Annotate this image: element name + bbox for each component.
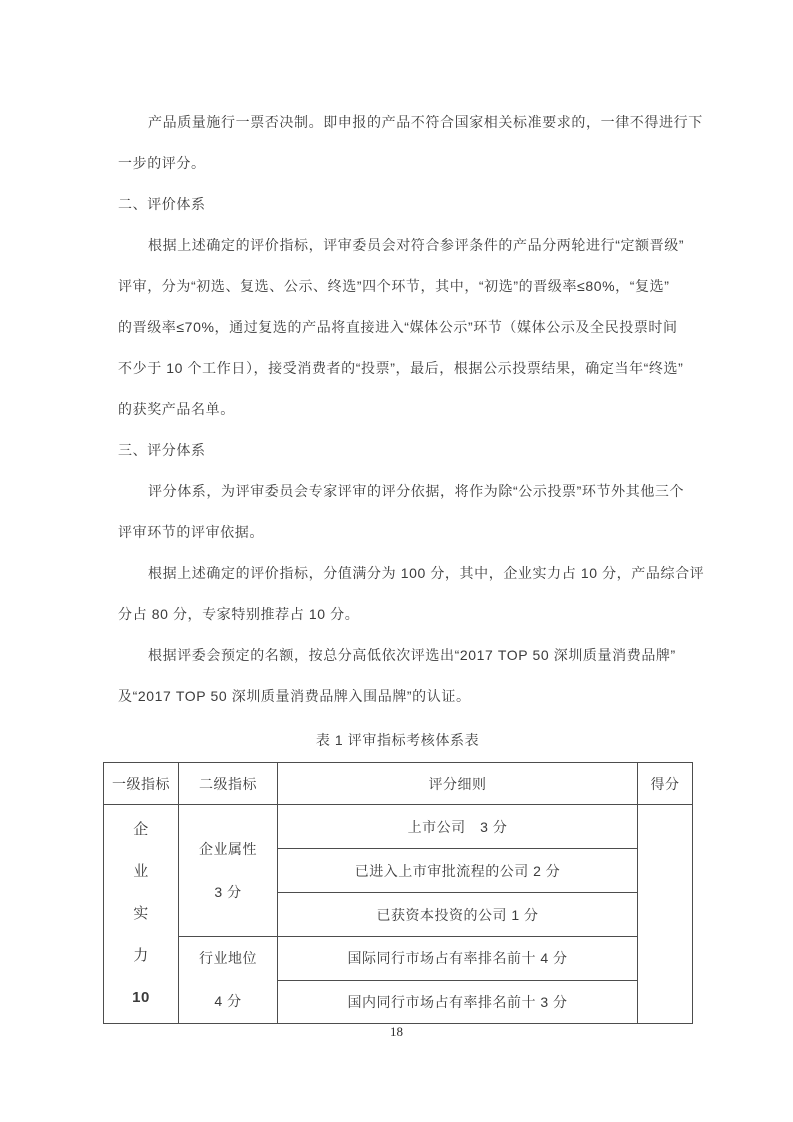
- paragraph-line: 评分体系，为评审委员会专家评审的评分依据，将作为除“公示投票”环节外其他三个: [118, 471, 677, 512]
- cell-secondary-indicator-company-attribute: 企业属性 3 分: [179, 805, 278, 937]
- table-row: 行业地位 4 分 国际同行市场占有率排名前十 4 分: [104, 937, 693, 981]
- table-row: 企 业 实 力 10 企业属性 3 分 上市公司 3 分: [104, 805, 693, 849]
- body-text: 产品质量施行一票否决制。即申报的产品不符合国家相关标准要求的，一律不得进行下 一…: [118, 102, 677, 717]
- vertical-char: 业: [104, 851, 178, 893]
- header-score: 得分: [638, 763, 693, 805]
- secondary-indicator-score: 4 分: [179, 980, 277, 1023]
- paragraph-line: 及“2017 TOP 50 深圳质量消费品牌入围品牌”的认证。: [118, 676, 677, 717]
- evaluation-criteria-table: 一级指标 二级指标 评分细则 得分 企 业 实 力 10 企业属性 3 分 上市…: [103, 762, 693, 1024]
- table-header-row: 一级指标 二级指标 评分细则 得分: [104, 763, 693, 805]
- secondary-indicator-score: 3 分: [179, 871, 277, 914]
- paragraph-line: 一步的评分。: [118, 143, 677, 184]
- paragraph-line: 根据上述确定的评价指标，分值满分为 100 分，其中，企业实力占 10 分，产品…: [118, 553, 677, 594]
- paragraph-line: 不少于 10 个工作日），接受消费者的“投票”，最后，根据公示投票结果，确定当年…: [118, 348, 677, 389]
- cell-rule: 国内同行市场占有率排名前十 3 分: [278, 980, 638, 1024]
- secondary-indicator-name: 行业地位: [179, 937, 277, 980]
- vertical-char: 企: [104, 809, 178, 851]
- section-heading-evaluation-system: 二、评价体系: [118, 184, 677, 225]
- document-page: 产品质量施行一票否决制。即申报的产品不符合国家相关标准要求的，一律不得进行下 一…: [0, 0, 793, 1122]
- cell-rule: 已进入上市审批流程的公司 2 分: [278, 849, 638, 893]
- paragraph-line: 评审，分为“初选、复选、公示、终选”四个环节，其中，“初选”的晋级率≤80%，“…: [118, 266, 677, 307]
- cell-score-empty: [638, 805, 693, 1024]
- cell-rule: 上市公司 3 分: [278, 805, 638, 849]
- vertical-char: 实: [104, 893, 178, 935]
- paragraph-line: 分占 80 分，专家特别推荐占 10 分。: [118, 594, 677, 635]
- paragraph-line: 的晋级率≤70%，通过复选的产品将直接进入“媒体公示”环节（媒体公示及全民投票时…: [118, 307, 677, 348]
- paragraph-line: 的获奖产品名单。: [118, 389, 677, 430]
- page-number: 18: [0, 1024, 793, 1040]
- cell-primary-indicator-enterprise-strength: 企 业 实 力 10: [104, 805, 179, 1024]
- paragraph-line: 根据评委会预定的名额，按总分高低依次评选出“2017 TOP 50 深圳质量消费…: [118, 635, 677, 676]
- header-secondary-indicator: 二级指标: [179, 763, 278, 805]
- cell-secondary-indicator-industry-position: 行业地位 4 分: [179, 937, 278, 1024]
- paragraph-line: 根据上述确定的评价指标，评审委员会对符合参评条件的产品分两轮进行“定额晋级”: [118, 225, 677, 266]
- header-scoring-rules: 评分细则: [278, 763, 638, 805]
- vertical-char: 力: [104, 935, 178, 977]
- primary-indicator-total-score: 10: [104, 977, 178, 1019]
- section-heading-scoring-system: 三、评分体系: [118, 430, 677, 471]
- cell-rule: 已获资本投资的公司 1 分: [278, 893, 638, 937]
- paragraph-line: 评审环节的评审依据。: [118, 512, 677, 553]
- paragraph-line: 产品质量施行一票否决制。即申报的产品不符合国家相关标准要求的，一律不得进行下: [118, 102, 677, 143]
- table-caption: 表 1 评审指标考核体系表: [118, 720, 677, 761]
- header-primary-indicator: 一级指标: [104, 763, 179, 805]
- secondary-indicator-name: 企业属性: [179, 828, 277, 871]
- cell-rule: 国际同行市场占有率排名前十 4 分: [278, 937, 638, 981]
